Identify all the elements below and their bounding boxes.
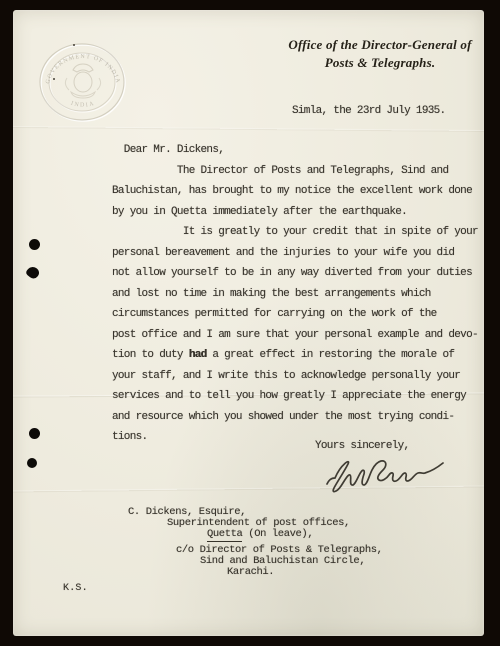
body-line: by you in Quetta immediately after the e… — [112, 202, 478, 223]
clerk-initials: K.S. — [63, 583, 88, 594]
body-line: and lost no time in making the best arra… — [112, 284, 478, 305]
body-line: post office and I am sure that your pers… — [112, 325, 478, 346]
paper-crease — [13, 126, 484, 132]
body-line: The Director of Posts and Telegraphs, Si… — [112, 161, 478, 182]
recipient-location-rest: (On leave), — [242, 528, 313, 540]
recipient-location: Quetta (On leave), — [207, 528, 313, 540]
ink-blot — [25, 264, 41, 280]
body-line: tions. — [112, 427, 478, 448]
ink-blot — [29, 428, 40, 439]
body-line-post: a great effect in restoring the morale o… — [206, 349, 454, 361]
seal-bottom-text: INDIA — [70, 101, 96, 109]
seal-speck — [73, 44, 75, 46]
letterhead-office-line1: Office of the Director-General of — [275, 36, 485, 54]
letterhead: Office of the Director-General of Posts … — [275, 36, 485, 72]
body-line: your staff, and I write this to acknowle… — [112, 366, 478, 387]
salutation: Dear Mr. Dickens, — [112, 140, 478, 161]
seal-speck — [53, 78, 55, 80]
ink-blot — [27, 458, 37, 468]
letter-body: Dear Mr. Dickens, The Director of Posts … — [112, 140, 478, 448]
body-line: Baluchistan, has brought to my notice th… — [112, 181, 478, 202]
dateline: Simla, the 23rd July 1935. — [292, 105, 445, 117]
emphasized-word: had — [189, 349, 207, 361]
body-line: not allow yourself to be in any way dive… — [112, 263, 478, 284]
ink-blot — [29, 239, 40, 250]
seal-arc-text: GOVERNMENT OF INDIA — [45, 54, 120, 85]
body-line-with-emphasis: tion to duty had a great effect in resto… — [112, 345, 478, 366]
government-seal: GOVERNMENT OF INDIA INDIA — [37, 40, 129, 126]
scanned-letter: GOVERNMENT OF INDIA INDIA Office of the … — [0, 0, 500, 646]
letter-paper: GOVERNMENT OF INDIA INDIA Office of the … — [13, 10, 484, 636]
body-line: services and to tell you how greatly I a… — [112, 386, 478, 407]
svg-text:INDIA: INDIA — [70, 101, 96, 109]
body-line: personal bereavement and the injuries to… — [112, 243, 478, 264]
svg-text:GOVERNMENT OF INDIA: GOVERNMENT OF INDIA — [45, 54, 120, 85]
signature — [321, 454, 461, 498]
recipient-co-line2: Sind and Baluchistan Circle, — [200, 555, 365, 567]
recipient-location-underlined: Quetta — [207, 528, 242, 542]
body-line-pre: tion to duty — [112, 349, 189, 361]
body-line: and resource which you showed under the … — [112, 407, 478, 428]
letterhead-office-line2: Posts & Telegraphs. — [275, 54, 485, 72]
closing-salutation: Yours sincerely, — [315, 440, 409, 452]
body-line: circumstances permitted for carrying on … — [112, 304, 478, 325]
recipient-co-line3: Karachi. — [227, 566, 274, 578]
body-line: It is greatly to your credit that in spi… — [112, 222, 478, 243]
